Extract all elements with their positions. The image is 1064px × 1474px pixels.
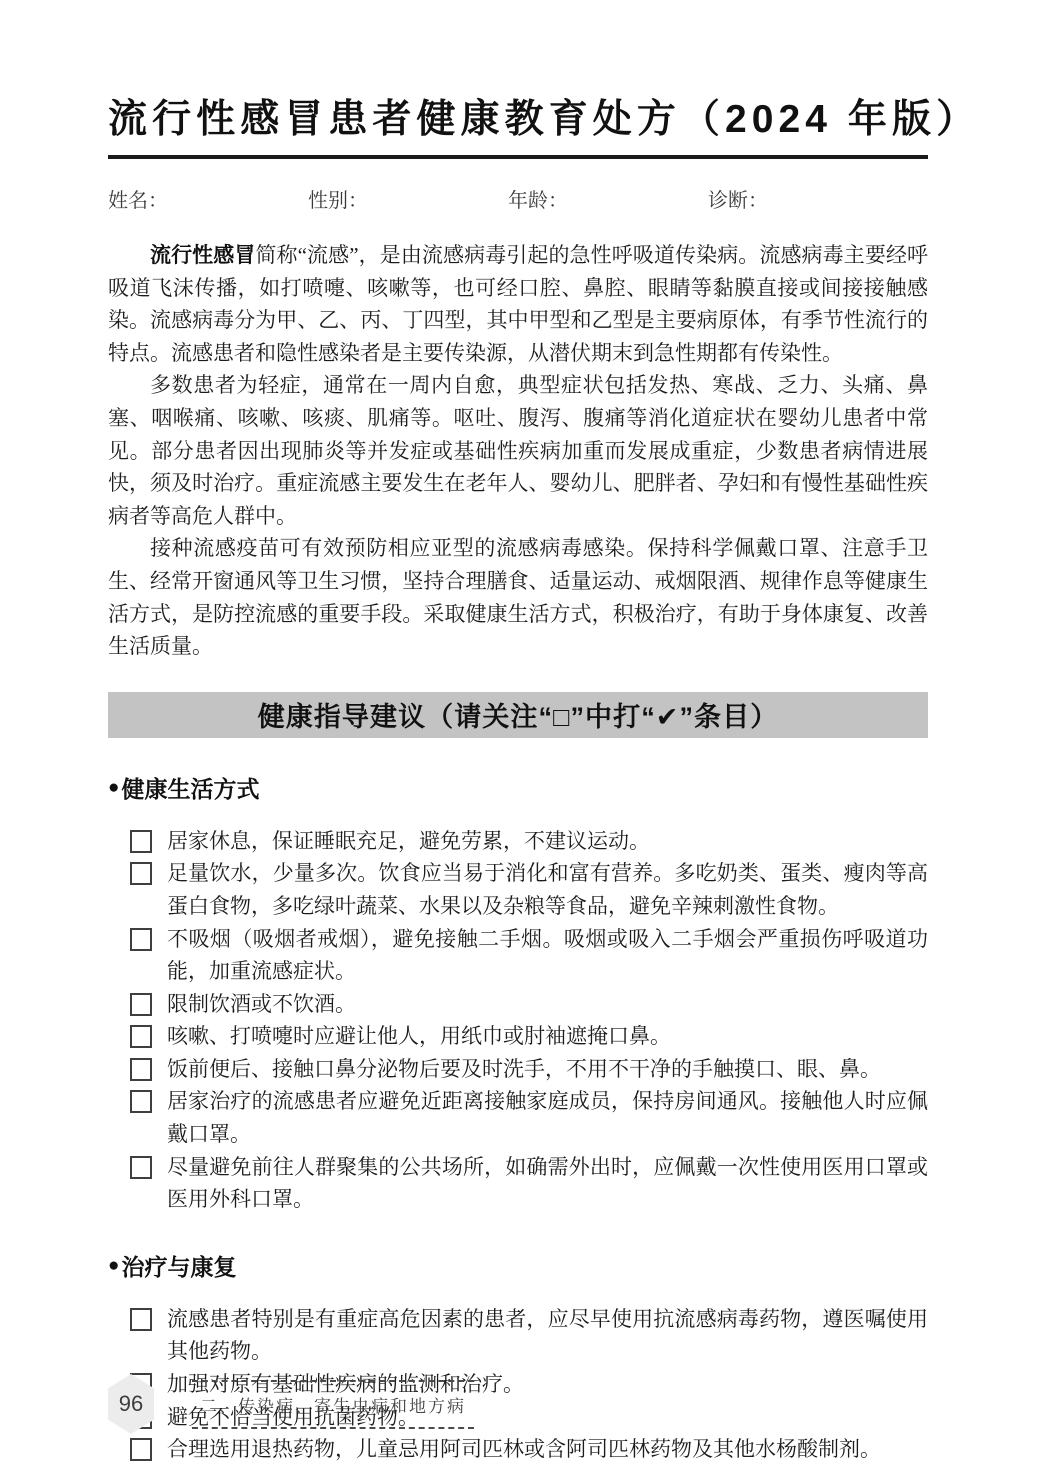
patient-fields-row: 姓名： 性别： 年龄： 诊断： <box>108 183 928 213</box>
check-item-text: 饭前便后、接触口鼻分泌物后要及时洗手，不用不干净的手触摸口、眼、鼻。 <box>167 1053 928 1086</box>
checkbox-icon[interactable] <box>130 1308 152 1331</box>
title-divider <box>108 155 928 159</box>
gender-input[interactable] <box>368 183 508 207</box>
page-title: 流行性感冒患者健康教育处方（2024 年版） <box>108 0 928 144</box>
list-item: 尽量避免前往人群聚集的公共场所，如确需外出时，应佩戴一次性使用医用口罩或医用外科… <box>130 1151 928 1216</box>
list-item: 足量饮水，少量多次。饮食应当易于消化和富有营养。多吃奶类、蛋类、瘦肉等高蛋白食物… <box>130 857 928 922</box>
checkbox-icon[interactable] <box>130 928 152 951</box>
section-heading-treatment-label: 治疗与康复 <box>121 1249 236 1282</box>
page-footer: 96 二、传染病、寄生虫病和地方病 <box>108 1374 474 1434</box>
intro-paragraphs: 流行性感冒简称“流感”，是由流感病毒引起的急性呼吸道传染病。流感病毒主要经呼吸道… <box>108 239 928 663</box>
chapter-label: 二、传染病、寄生虫病和地方病 <box>192 1380 474 1429</box>
list-item: 流感患者特别是有重症高危因素的患者，应尽早使用抗流感病毒药物，遵医嘱使用其他药物… <box>130 1303 928 1368</box>
name-input[interactable] <box>168 183 308 207</box>
bullet-icon: ● <box>108 1256 119 1275</box>
bullet-icon: ● <box>108 778 119 797</box>
diagnosis-field-label: 诊断： <box>708 184 768 213</box>
checkbox-icon[interactable] <box>130 1025 152 1048</box>
check-item-text: 咳嗽、打喷嚏时应避让他人，用纸巾或肘袖遮掩口鼻。 <box>167 1020 928 1053</box>
list-item: 咳嗽、打喷嚏时应避让他人，用纸巾或肘袖遮掩口鼻。 <box>130 1020 928 1053</box>
checkbox-icon[interactable] <box>130 1438 152 1461</box>
checkbox-icon[interactable] <box>130 830 152 853</box>
name-field-label: 姓名： <box>108 184 168 213</box>
check-item-text: 不吸烟（吸烟者戒烟），避免接触二手烟。吸烟或吸入二手烟会严重损伤呼吸道功能，加重… <box>167 923 928 988</box>
age-field-label: 年龄： <box>508 184 568 213</box>
list-item: 合理选用退热药物，儿童忌用阿司匹林或含阿司匹林药物及其他水杨酸制剂。 <box>130 1433 928 1466</box>
lifestyle-check-list: 居家休息，保证睡眠充足，避免劳累，不建议运动。 足量饮水，少量多次。饮食应当易于… <box>108 825 928 1216</box>
intro-lead-term: 流行性感冒 <box>150 243 255 267</box>
checkbox-icon[interactable] <box>130 1156 152 1179</box>
list-item: 居家休息，保证睡眠充足，避免劳累，不建议运动。 <box>130 825 928 858</box>
intro-paragraph-1: 流行性感冒简称“流感”，是由流感病毒引起的急性呼吸道传染病。流感病毒主要经呼吸道… <box>108 239 928 369</box>
list-item: 居家治疗的流感患者应避免近距离接触家庭成员，保持房间通风。接触他人时应佩戴口罩。 <box>130 1085 928 1150</box>
intro-paragraph-3: 接种流感疫苗可有效预防相应亚型的流感病毒感染。保持科学佩戴口罩、注意手卫生、经常… <box>108 532 928 662</box>
check-item-text: 流感患者特别是有重症高危因素的患者，应尽早使用抗流感病毒药物，遵医嘱使用其他药物… <box>167 1303 928 1368</box>
age-field: 年龄： <box>508 183 708 213</box>
guidance-banner: 健康指导建议（请关注“□”中打“✔”条目） <box>108 692 928 738</box>
section-heading-lifestyle-label: 健康生活方式 <box>121 771 259 804</box>
list-item: 不吸烟（吸烟者戒烟），避免接触二手烟。吸烟或吸入二手烟会严重损伤呼吸道功能，加重… <box>130 923 928 988</box>
list-item: 限制饮酒或不饮酒。 <box>130 988 928 1021</box>
name-field: 姓名： <box>108 183 308 213</box>
checkbox-icon[interactable] <box>130 1090 152 1113</box>
list-item: 饭前便后、接触口鼻分泌物后要及时洗手，不用不干净的手触摸口、眼、鼻。 <box>130 1053 928 1086</box>
section-heading-lifestyle: ● 健康生活方式 <box>108 771 928 804</box>
gender-field: 性别： <box>308 183 508 213</box>
intro-paragraph-2: 多数患者为轻症，通常在一周内自愈，典型症状包括发热、寒战、乏力、头痛、鼻塞、咽喉… <box>108 369 928 532</box>
prescription-page: 流行性感冒患者健康教育处方（2024 年版） 姓名： 性别： 年龄： 诊断： 流… <box>0 0 1064 1474</box>
gender-field-label: 性别： <box>308 184 368 213</box>
section-heading-treatment: ● 治疗与康复 <box>108 1249 928 1282</box>
checkbox-icon[interactable] <box>130 862 152 885</box>
check-item-text: 限制饮酒或不饮酒。 <box>167 988 928 1021</box>
checkbox-icon[interactable] <box>130 993 152 1016</box>
check-item-text: 合理选用退热药物，儿童忌用阿司匹林或含阿司匹林药物及其他水杨酸制剂。 <box>167 1433 928 1466</box>
checkbox-icon[interactable] <box>130 1058 152 1081</box>
check-item-text: 居家治疗的流感患者应避免近距离接触家庭成员，保持房间通风。接触他人时应佩戴口罩。 <box>167 1085 928 1150</box>
check-item-text: 尽量避免前往人群聚集的公共场所，如确需外出时，应佩戴一次性使用医用口罩或医用外科… <box>167 1151 928 1216</box>
diagnosis-field: 诊断： <box>708 183 908 213</box>
age-input[interactable] <box>568 183 708 207</box>
page-number-badge: 96 <box>108 1374 154 1434</box>
check-item-text: 居家休息，保证睡眠充足，避免劳累，不建议运动。 <box>167 825 928 858</box>
diagnosis-input[interactable] <box>768 183 908 207</box>
check-item-text: 足量饮水，少量多次。饮食应当易于消化和富有营养。多吃奶类、蛋类、瘦肉等高蛋白食物… <box>167 857 928 922</box>
